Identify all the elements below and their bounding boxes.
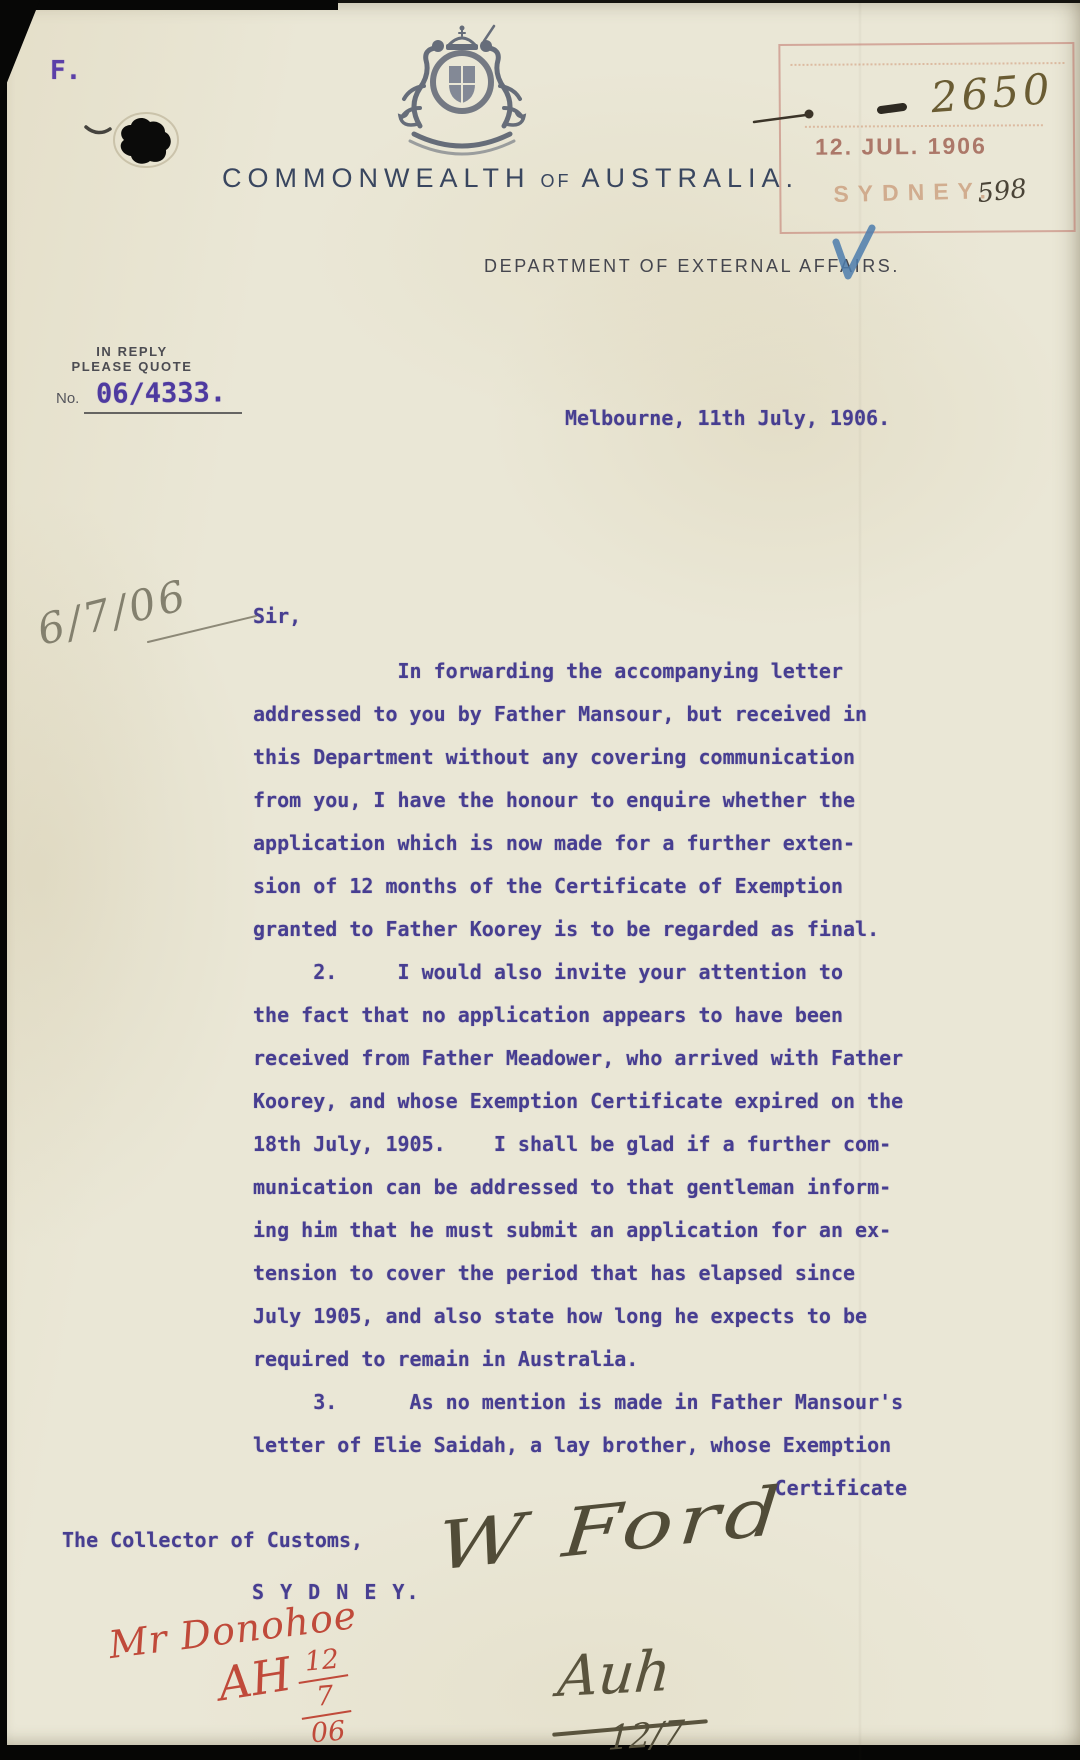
letterhead-title-word2: OF	[541, 171, 572, 191]
body-line: ing him that he must submit an applicati…	[253, 1209, 917, 1252]
body-line: July 1905, and also state how long he ex…	[253, 1295, 917, 1338]
reply-quote-line1: IN REPLY	[62, 344, 202, 359]
body-line: munication can be addressed to that gent…	[253, 1166, 917, 1209]
addressee-line1: The Collector of Customs,	[62, 1528, 363, 1552]
red-date-month: 7	[295, 1680, 355, 1715]
red-date-day: 12	[292, 1644, 352, 1679]
scanned-letter: F. COMMONWEALTHOFAUSTRALIA. DEPARTMENT O…	[0, 0, 1080, 1760]
file-number-label: No.	[56, 390, 79, 407]
stamp-registry-number: 2650	[929, 64, 1055, 122]
red-date-stack: 12 7 06	[292, 1644, 359, 1751]
initials-date: 12/7	[607, 1713, 686, 1759]
scan-edge-topbar	[0, 0, 338, 10]
letterhead-title-word3: AUSTRALIA.	[582, 163, 800, 193]
registry-stamp: 2650 12. JUL. 1906 SYDNEY. 598	[778, 42, 1075, 234]
body-line: In forwarding the accompanying letter	[253, 650, 917, 693]
body-line: Koorey, and whose Exemption Certificate …	[253, 1080, 917, 1123]
body-line: addressed to you by Father Mansour, but …	[253, 693, 917, 736]
file-number-rule	[84, 412, 242, 414]
body-line: this Department without any covering com…	[253, 736, 917, 779]
department-name: DEPARTMENT OF EXTERNAL AFFAIRS.	[484, 256, 900, 277]
body-line: granted to Father Koorey is to be regard…	[253, 908, 917, 951]
red-initials-monogram: AH	[214, 1647, 295, 1712]
stamp-office-name: SYDNEY.	[833, 177, 995, 208]
secretary-initials: Auh	[555, 1639, 673, 1710]
body-line: letter of Elie Saidah, a lay brother, wh…	[253, 1424, 917, 1467]
body-line: 2. I would also invite your attention to	[253, 951, 917, 994]
letter-body: In forwarding the accompanying letter ad…	[253, 650, 917, 1467]
body-line: the fact that no application appears to …	[253, 994, 917, 1037]
file-series-mark: F.	[50, 56, 81, 86]
body-line: 18th July, 1905. I shall be glad if a fu…	[253, 1123, 917, 1166]
body-line: sion of 12 months of the Certificate of …	[253, 865, 917, 908]
red-date-year: 06	[298, 1715, 358, 1750]
body-line: tension to cover the period that has ela…	[253, 1252, 917, 1295]
dateline: Melbourne, 11th July, 1906.	[565, 406, 890, 430]
body-line: application which is now made for a furt…	[253, 822, 917, 865]
body-line: required to remain in Australia.	[253, 1338, 917, 1381]
reply-quote-line2: PLEASE QUOTE	[62, 359, 202, 374]
letterhead-title: COMMONWEALTHOFAUSTRALIA.	[222, 163, 718, 194]
reply-quote-block: IN REPLY PLEASE QUOTE	[62, 344, 202, 374]
body-line: received from Father Meadower, who arriv…	[253, 1037, 917, 1080]
stamp-dotted-rule	[805, 124, 1043, 128]
file-number: 06/4333.	[96, 377, 226, 409]
stamp-received-date: 12. JUL. 1906	[815, 133, 987, 161]
salutation: Sir,	[253, 604, 301, 628]
stamp-handwritten-note: 598	[976, 174, 1029, 209]
body-line: 3. As no mention is made in Father Manso…	[253, 1381, 917, 1424]
letterhead-title-word1: COMMONWEALTH	[222, 163, 531, 193]
body-line: from you, I have the honour to enquire w…	[253, 779, 917, 822]
